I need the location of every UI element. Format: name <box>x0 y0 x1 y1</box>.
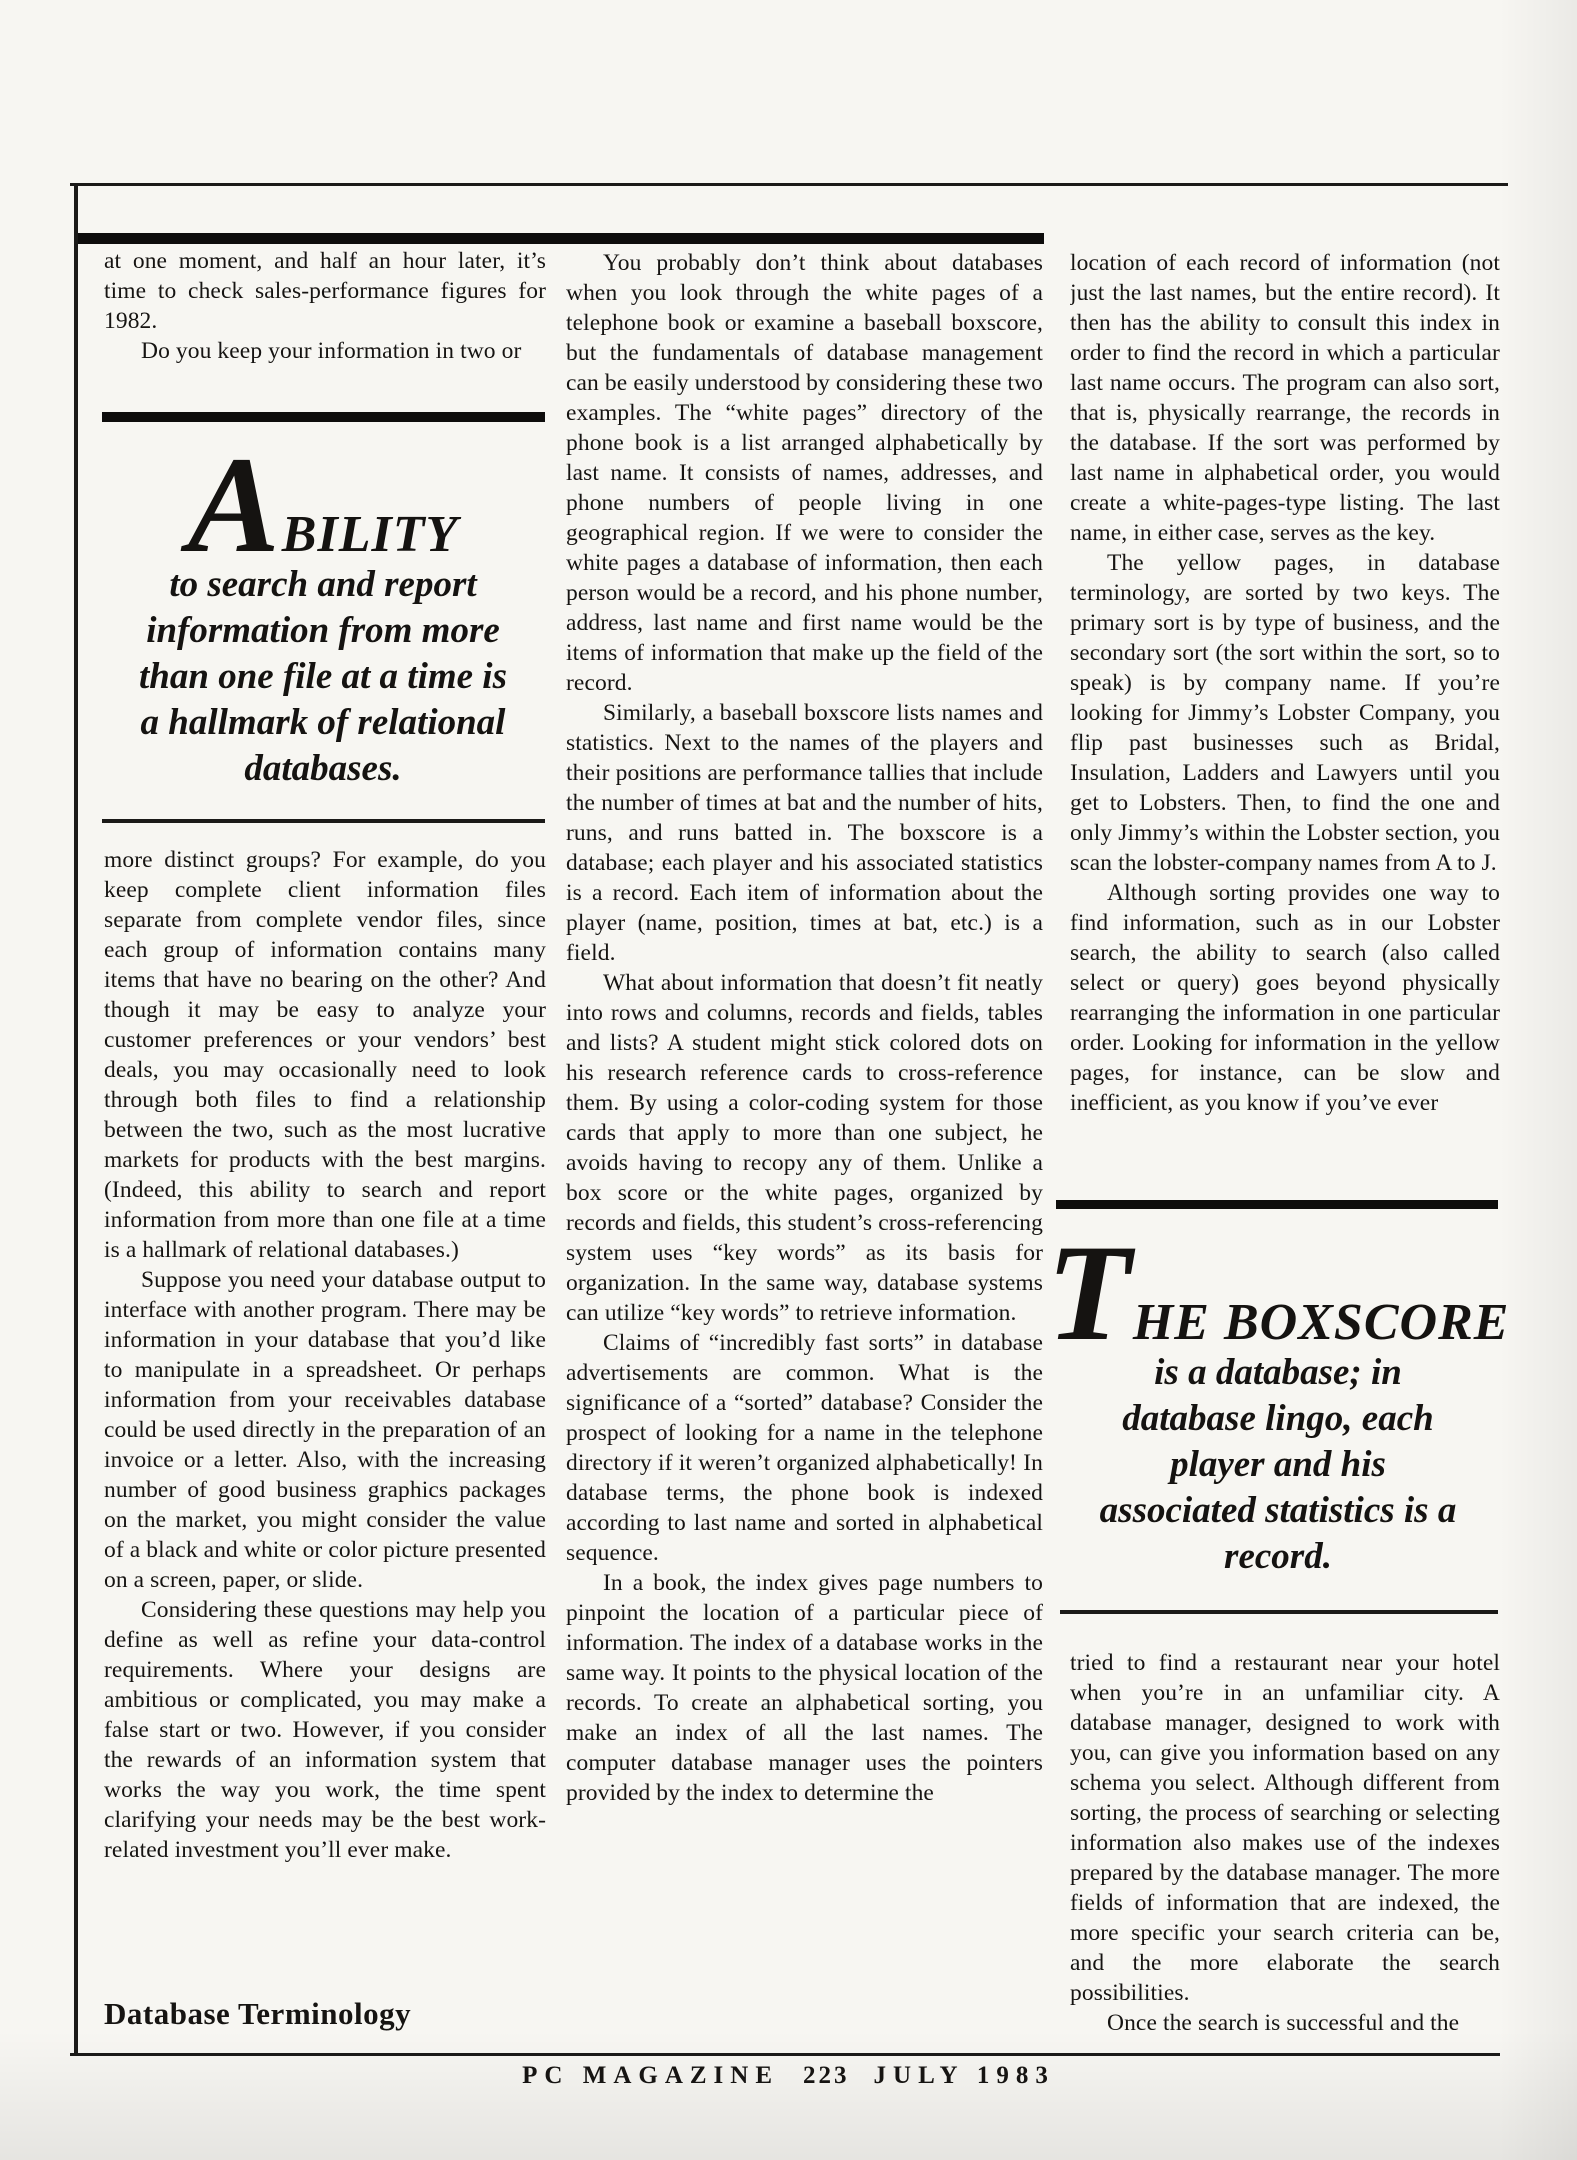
pullquote1-dropcap: A <box>188 436 282 574</box>
paragraph: Once the search is successful and the <box>1070 2008 1500 2038</box>
paragraph: What about information that doesn’t fit … <box>566 968 1043 1328</box>
pullquote2-lead: HE BOXSCORE <box>1133 1293 1510 1352</box>
pullquote2-dropcap: T <box>1047 1224 1133 1362</box>
column-3-top-text: location of each record of information (… <box>1070 248 1500 1173</box>
thick-rule-columns-1-2 <box>78 233 1044 244</box>
paragraph: Do you keep your information in two or <box>104 336 546 366</box>
pullquote2-bottom-rule <box>1060 1610 1498 1614</box>
paragraph: Claims of “incredibly fast sorts” in dat… <box>566 1328 1043 1568</box>
page-border-left <box>74 183 78 2055</box>
paragraph: You probably don’t think about databases… <box>566 248 1043 698</box>
paragraph: Similarly, a baseball boxscore lists nam… <box>566 698 1043 968</box>
paragraph: more distinct groups? For example, do yo… <box>104 845 546 1265</box>
column-1-main-text: more distinct groups? For example, do yo… <box>104 845 546 1985</box>
column-2-text: You probably don’t think about databases… <box>566 248 1043 2036</box>
footer-rule <box>70 2053 1500 2056</box>
pullquote1-bottom-rule <box>102 819 545 823</box>
pullquote1-lead: BILITY <box>282 505 458 564</box>
pullquote1-top-rule <box>102 412 545 422</box>
pullquote1-body: to search and report information from mo… <box>100 562 546 792</box>
footer-page-number: 223 <box>803 2062 850 2089</box>
pullquote2-body: is a database; in database lingo, each p… <box>1058 1350 1498 1580</box>
paragraph: Considering these questions may help you… <box>104 1595 546 1865</box>
footer-magazine-name: PC MAGAZINE <box>522 2062 779 2089</box>
pullquote1-first-line: ABILITY <box>100 436 546 554</box>
pullquote2-top-rule <box>1056 1200 1498 1209</box>
footer-date: JULY 1983 <box>874 2062 1055 2089</box>
paragraph: In a book, the index gives page numbers … <box>566 1568 1043 1808</box>
magazine-page: at one moment, and half an hour later, i… <box>0 0 1577 2160</box>
column-3-bottom-text: tried to find a restaurant near your hot… <box>1070 1648 1500 2046</box>
page-border-top <box>70 183 1508 186</box>
pullquote-ability: ABILITY to search and report information… <box>100 436 546 792</box>
paragraph: tried to find a restaurant near your hot… <box>1070 1648 1500 2008</box>
pullquote-boxscore: THE BOXSCORE is a database; in database … <box>1058 1224 1498 1580</box>
paragraph: The yellow pages, in database terminolog… <box>1070 548 1500 878</box>
page-footer: PC MAGAZINE223JULY 1983 <box>0 2062 1577 2090</box>
section-heading-database-terminology: Database Terminology <box>104 1996 546 2032</box>
paragraph: at one moment, and half an hour later, i… <box>104 246 546 336</box>
paragraph: Although sorting provides one way to fin… <box>1070 878 1500 1118</box>
paragraph: location of each record of information (… <box>1070 248 1500 548</box>
column-1-top-text: at one moment, and half an hour later, i… <box>104 246 546 408</box>
paragraph: Suppose you need your database output to… <box>104 1265 546 1595</box>
pullquote2-first-line: THE BOXSCORE <box>1058 1224 1498 1342</box>
